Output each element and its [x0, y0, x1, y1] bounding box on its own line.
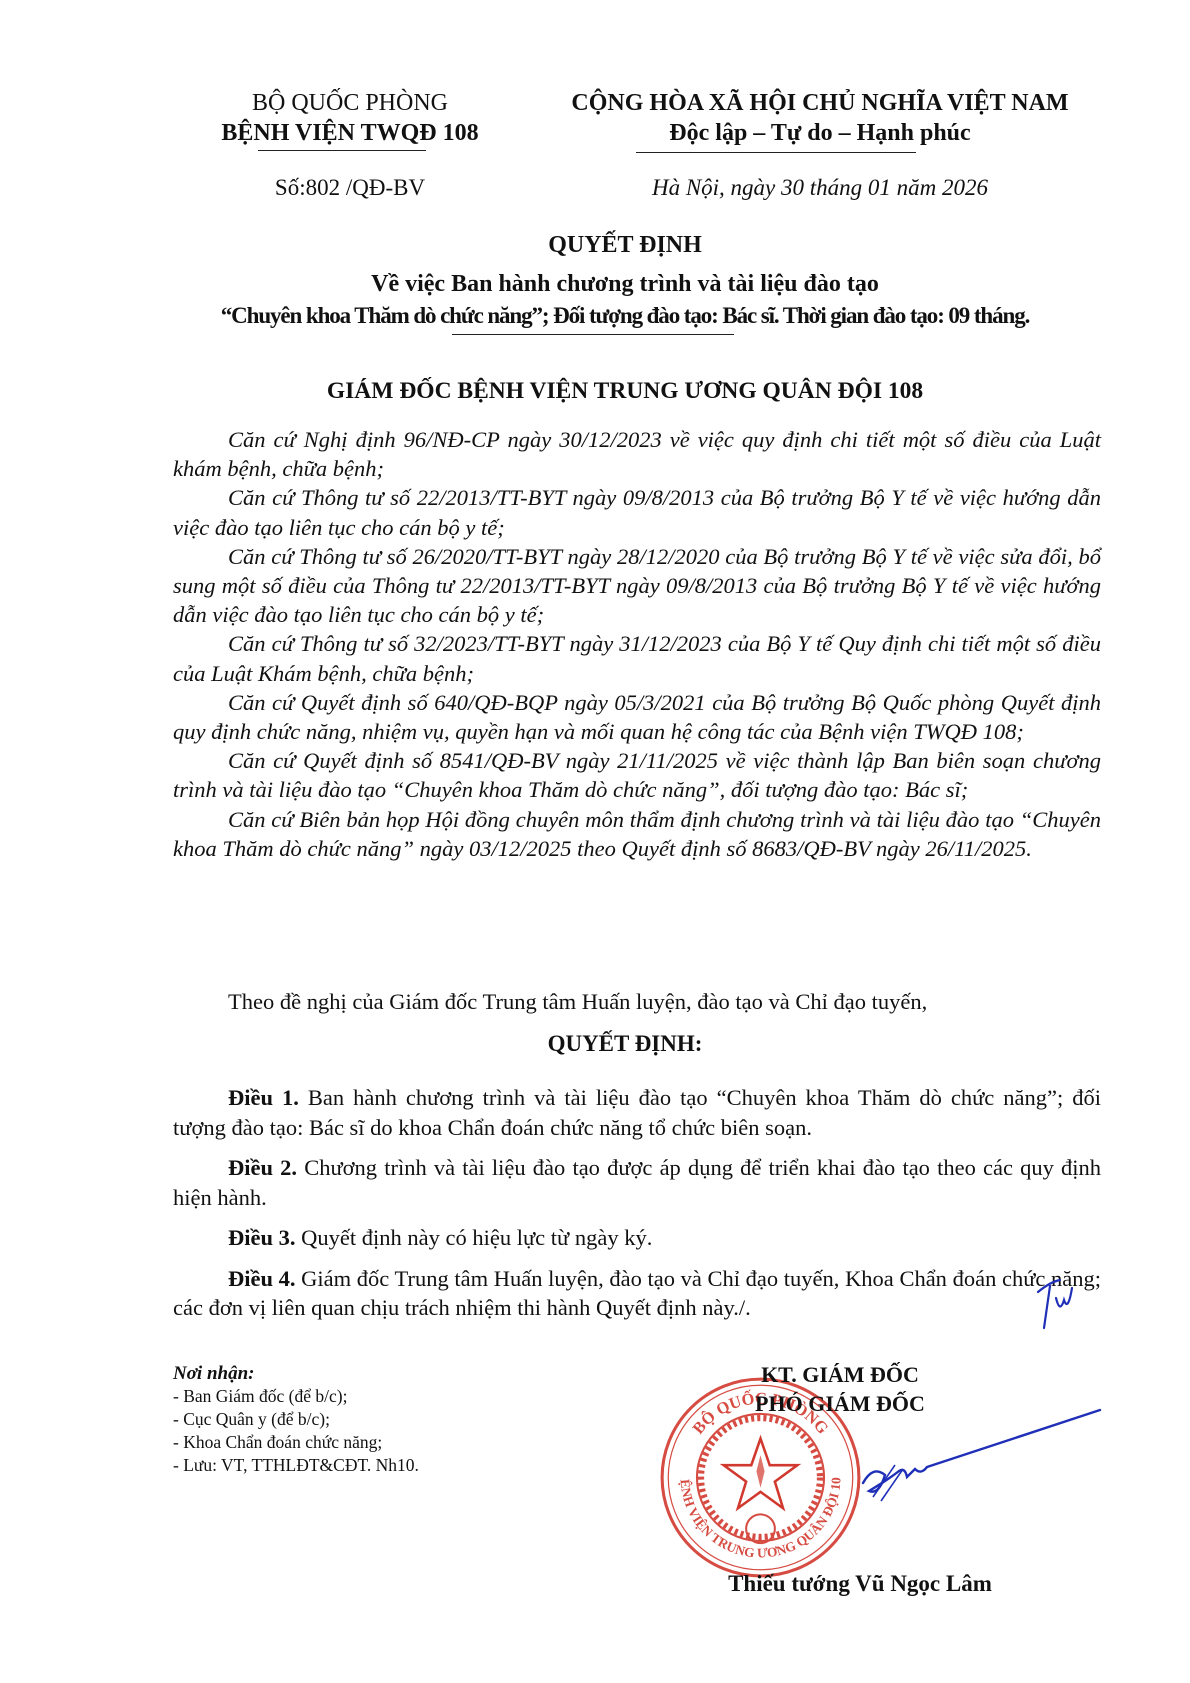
- motto-underline: [636, 152, 916, 153]
- issuing-authority: GIÁM ĐỐC BỆNH VIỆN TRUNG ƯƠNG QUÂN ĐỘI 1…: [150, 378, 1100, 405]
- legal-basis-item: Căn cứ Quyết định số 8541/QĐ-BV ngày 21/…: [173, 746, 1101, 804]
- legal-basis-item: Căn cứ Biên bản họp Hội đồng chuyên môn …: [173, 805, 1101, 863]
- articles-list: Điều 1. Ban hành chương trình và tài liệ…: [173, 1083, 1101, 1334]
- handwritten-signature-icon: [855, 1405, 1105, 1515]
- proposal-statement: Theo đề nghị của Giám đốc Trung tâm Huấn…: [173, 987, 1101, 1016]
- article-3: Điều 3. Quyết định này có hiệu lực từ ng…: [173, 1223, 1101, 1253]
- recipients-heading: Nơi nhận:: [173, 1362, 593, 1385]
- document-subject-line2: “Chuyên khoa Thăm dò chức năng”; Đối tượ…: [150, 303, 1100, 329]
- legal-basis-item: Căn cứ Thông tư số 32/2023/TT-BYT ngày 3…: [173, 629, 1101, 687]
- recipient-item: - Cục Quân y (để b/c);: [173, 1408, 593, 1431]
- document-title: QUYẾT ĐỊNH: [150, 232, 1100, 259]
- article-label: Điều 3.: [228, 1225, 296, 1250]
- legal-basis-item: Căn cứ Nghị định 96/NĐ-CP ngày 30/12/202…: [173, 425, 1101, 483]
- document-subject-line1: Về việc Ban hành chương trình và tài liệ…: [150, 271, 1100, 298]
- legal-basis-item: Căn cứ Thông tư số 22/2013/TT-BYT ngày 0…: [173, 483, 1101, 541]
- legal-basis-list: Căn cứ Nghị định 96/NĐ-CP ngày 30/12/202…: [173, 425, 1101, 863]
- document-number: Số:802 /QĐ-BV: [150, 175, 550, 201]
- legal-basis-item: Căn cứ Thông tư số 26/2020/TT-BYT ngày 2…: [173, 542, 1101, 630]
- article-text: Ban hành chương trình và tài liệu đào tạ…: [173, 1085, 1101, 1140]
- issuing-agency-block: BỘ QUỐC PHÒNG BỆNH VIỆN TWQĐ 108: [150, 88, 550, 148]
- decision-heading: QUYẾT ĐỊNH:: [150, 1031, 1100, 1057]
- on-behalf-title: KT. GIÁM ĐỐC: [700, 1360, 980, 1389]
- hospital-name: BỆNH VIỆN TWQĐ 108: [150, 118, 550, 148]
- article-label: Điều 2.: [228, 1155, 297, 1180]
- national-motto: Độc lập – Tự do – Hạnh phúc: [520, 118, 1120, 148]
- nation-name: CỘNG HÒA XÃ HỘI CHỦ NGHĨA VIỆT NAM: [520, 88, 1120, 118]
- initials-mark-icon: [1030, 1270, 1100, 1330]
- article-4: Điều 4. Giám đốc Trung tâm Huấn luyện, đ…: [173, 1264, 1101, 1323]
- recipients-block: Nơi nhận: - Ban Giám đốc (để b/c); - Cục…: [173, 1362, 593, 1477]
- ministry-name: BỘ QUỐC PHÒNG: [150, 88, 550, 118]
- article-2: Điều 2. Chương trình và tài liệu đào tạo…: [173, 1153, 1101, 1212]
- signer-name: Thiếu tướng Vũ Ngọc Lâm: [700, 1571, 1020, 1597]
- recipient-item: - Lưu: VT, TTHLĐT&CĐT. Nh10.: [173, 1454, 593, 1477]
- recipient-item: - Ban Giám đốc (để b/c);: [173, 1385, 593, 1408]
- national-header-block: CỘNG HÒA XÃ HỘI CHỦ NGHĨA VIỆT NAM Độc l…: [520, 88, 1120, 148]
- title-underline: [452, 334, 734, 335]
- issue-date: Hà Nội, ngày 30 tháng 01 năm 2026: [520, 175, 1120, 201]
- article-label: Điều 1.: [228, 1085, 299, 1110]
- article-text: Giám đốc Trung tâm Huấn luyện, đào tạo v…: [173, 1266, 1101, 1321]
- article-text: Quyết định này có hiệu lực từ ngày ký.: [296, 1225, 653, 1250]
- legal-basis-item: Căn cứ Quyết định số 640/QĐ-BQP ngày 05/…: [173, 688, 1101, 746]
- agency-underline: [258, 150, 426, 151]
- article-1: Điều 1. Ban hành chương trình và tài liệ…: [173, 1083, 1101, 1142]
- article-label: Điều 4.: [228, 1266, 296, 1291]
- recipient-item: - Khoa Chẩn đoán chức năng;: [173, 1431, 593, 1454]
- article-text: Chương trình và tài liệu đào tạo được áp…: [173, 1155, 1101, 1210]
